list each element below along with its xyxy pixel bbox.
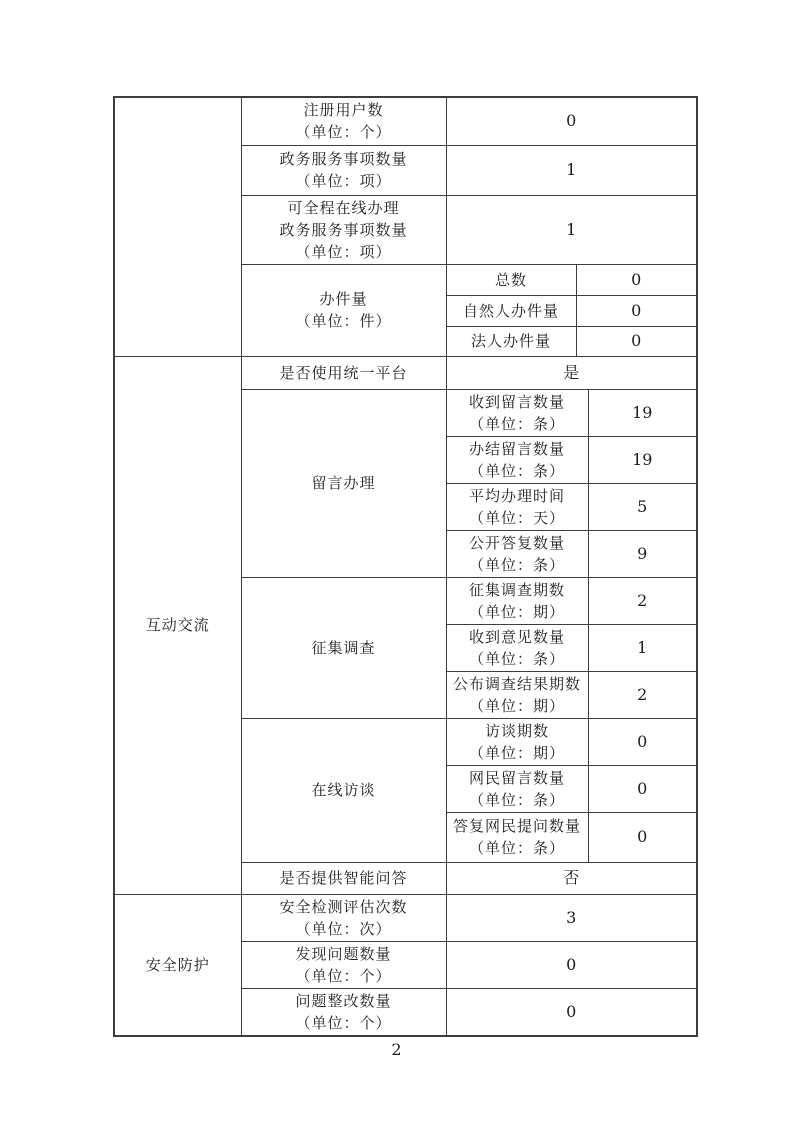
- s2-smart-qa-value: 否: [446, 862, 697, 894]
- s1-gov-service-items-label: 政务服务事项数量 （单位：项）: [241, 145, 446, 195]
- s2-unified-platform-value: 是: [446, 356, 697, 389]
- s2-survey-issues-label: 征集调查期数 （单位：期）: [446, 577, 588, 624]
- s2-results-published-value: 2: [588, 671, 697, 718]
- s1-registered-users-value: 0: [446, 97, 697, 145]
- table-row: 注册用户数 （单位：个） 0: [114, 97, 697, 145]
- s2-messages-received-label: 收到留言数量 （单位：条）: [446, 389, 588, 436]
- table-row: 互动交流 是否使用统一平台 是: [114, 356, 697, 389]
- s2-category-cell: 互动交流: [114, 356, 241, 894]
- s2-avg-days-value: 5: [588, 483, 697, 530]
- s1-full-online-items-value: 1: [446, 195, 697, 264]
- s3-problems-rectified-label: 问题整改数量 （单位：个）: [241, 988, 446, 1036]
- s1-case-natural-person-value: 0: [576, 295, 697, 326]
- report-table: 注册用户数 （单位：个） 0 政务服务事项数量 （单位：项） 1 可全程在线办理…: [113, 96, 698, 1037]
- s1-case-total-value: 0: [576, 264, 697, 295]
- s3-problems-found-label: 发现问题数量 （单位：个）: [241, 941, 446, 988]
- s2-online-interview-label: 在线访谈: [241, 718, 446, 862]
- s2-questions-answered-value: 0: [588, 812, 697, 862]
- s1-case-volume-label: 办件量 （单位：件）: [241, 264, 446, 356]
- s2-unified-platform-label: 是否使用统一平台: [241, 356, 446, 389]
- s3-problems-rectified-value: 0: [446, 988, 697, 1036]
- s2-public-replies-label: 公开答复数量 （单位：条）: [446, 530, 588, 577]
- s2-netizen-messages-value: 0: [588, 765, 697, 812]
- s1-case-legal-person-label: 法人办件量: [446, 326, 576, 356]
- s2-messages-resolved-label: 办结留言数量 （单位：条）: [446, 436, 588, 483]
- s2-opinions-received-label: 收到意见数量 （单位：条）: [446, 624, 588, 671]
- s2-interview-issues-label: 访谈期数 （单位：期）: [446, 718, 588, 765]
- table-row: 安全防护 安全检测评估次数 （单位：次） 3: [114, 894, 697, 941]
- s2-survey-issues-value: 2: [588, 577, 697, 624]
- s2-public-replies-value: 9: [588, 530, 697, 577]
- s2-messages-received-value: 19: [588, 389, 697, 436]
- s2-opinions-received-value: 1: [588, 624, 697, 671]
- s1-case-natural-person-label: 自然人办件量: [446, 295, 576, 326]
- s2-results-published-label: 公布调查结果期数 （单位：期）: [446, 671, 588, 718]
- s2-questions-answered-label: 答复网民提问数量 （单位：条）: [446, 812, 588, 862]
- s1-registered-users-label: 注册用户数 （单位：个）: [241, 97, 446, 145]
- s1-gov-service-items-value: 1: [446, 145, 697, 195]
- s1-case-total-label: 总数: [446, 264, 576, 295]
- s3-security-assessments-value: 3: [446, 894, 697, 941]
- document-page: { "page_number": "2", "table": { "s1": {…: [0, 0, 793, 1122]
- s2-message-handling-label: 留言办理: [241, 389, 446, 577]
- s2-interview-issues-value: 0: [588, 718, 697, 765]
- s2-netizen-messages-label: 网民留言数量 （单位：条）: [446, 765, 588, 812]
- s2-messages-resolved-value: 19: [588, 436, 697, 483]
- page-number: 2: [0, 1040, 793, 1059]
- s1-full-online-items-label: 可全程在线办理 政务服务事项数量 （单位：项）: [241, 195, 446, 264]
- s2-smart-qa-label: 是否提供智能问答: [241, 862, 446, 894]
- s3-category-cell: 安全防护: [114, 894, 241, 1036]
- s1-case-legal-person-value: 0: [576, 326, 697, 356]
- s1-category-cell: [114, 97, 241, 356]
- s2-solicitation-survey-label: 征集调查: [241, 577, 446, 718]
- s3-security-assessments-label: 安全检测评估次数 （单位：次）: [241, 894, 446, 941]
- s3-problems-found-value: 0: [446, 941, 697, 988]
- s2-avg-days-label: 平均办理时间 （单位：天）: [446, 483, 588, 530]
